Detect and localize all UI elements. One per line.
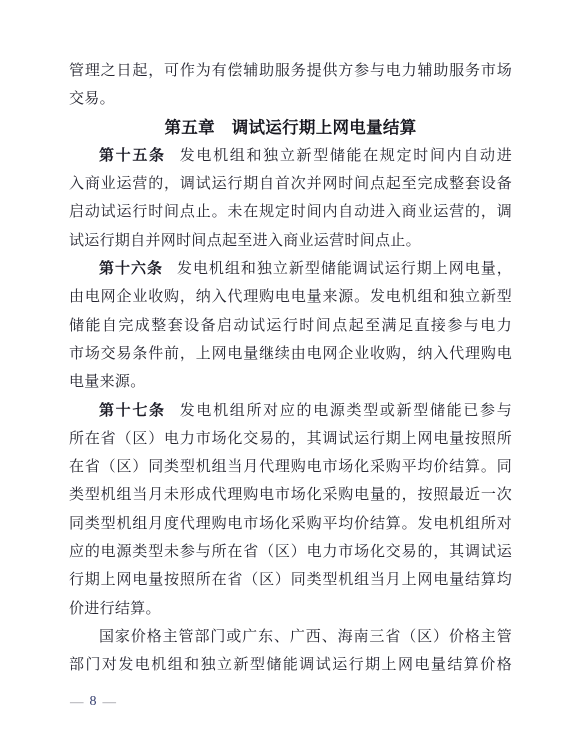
text-line: 试运行期自并网时间点起至进入商业运营时间点止。: [69, 227, 512, 255]
text-line: 市场交易条件前，上网电量继续由电网企业收购，纳入代理购电: [69, 340, 512, 368]
text-line: 同类型机组月度代理购电市场化采购平均价结算。发电机组所对: [69, 510, 512, 538]
document-page: 管理之日起，可作为有偿辅助服务提供方参与电力辅助服务市场交易。第五章 调试运行期…: [0, 0, 579, 756]
text-line: 由电网企业收购，纳入代理购电电量来源。发电机组和独立新型: [69, 283, 512, 311]
text-line: 部门对发电机组和独立新型储能调试运行期上网电量结算价格: [69, 651, 512, 679]
chapter-heading: 第五章 调试运行期上网电量结算: [69, 114, 512, 142]
article-number-label: 第十七条: [99, 403, 166, 419]
article-first-line: 第十五条发电机组和独立新型储能在规定时间内自动进: [69, 142, 512, 170]
text-line: 行期上网电量按照所在省（区）同类型机组当月上网电量结算均: [69, 566, 512, 594]
footer-dash-right: —: [103, 693, 117, 711]
article-text: 发电机组和独立新型储能调试运行期上网电量，: [177, 261, 512, 277]
text-line: 国家价格主管部门或广东、广西、海南三省（区）价格主管: [69, 623, 512, 651]
text-line: 交易。: [69, 85, 512, 113]
document-body: 管理之日起，可作为有偿辅助服务提供方参与电力辅助服务市场交易。第五章 调试运行期…: [69, 57, 512, 680]
text-line: 入商业运营的，调试运行期自首次并网时间点起至完成整套设备: [69, 170, 512, 198]
text-line: 储能自完成整套设备启动试运行时间点起至满足直接参与电力: [69, 312, 512, 340]
text-line: 价进行结算。: [69, 595, 512, 623]
page-footer: — 8 —: [70, 693, 116, 711]
text-line: 所在省（区）电力市场化交易的，其调试运行期上网电量按照所: [69, 425, 512, 453]
text-line: 电量来源。: [69, 368, 512, 396]
page-number: 8: [90, 693, 97, 711]
article-first-line: 第十六条发电机组和独立新型储能调试运行期上网电量，: [69, 255, 512, 283]
text-line: 管理之日起，可作为有偿辅助服务提供方参与电力辅助服务市场: [69, 57, 512, 85]
article-text: 发电机组和独立新型储能在规定时间内自动进: [180, 148, 512, 164]
article-number-label: 第十六条: [99, 261, 163, 277]
article-first-line: 第十七条发电机组所对应的电源类型或新型储能已参与: [69, 397, 512, 425]
article-number-label: 第十五条: [99, 148, 166, 164]
text-line: 类型机组当月未形成代理购电市场化采购电量的，按照最近一次: [69, 481, 512, 509]
text-line: 启动试运行时间点止。未在规定时间内自动进入商业运营的，调: [69, 198, 512, 226]
text-line: 在省（区）同类型机组当月代理购电市场化采购平均价结算。同: [69, 453, 512, 481]
footer-dash-left: —: [70, 693, 84, 711]
article-text: 发电机组所对应的电源类型或新型储能已参与: [180, 403, 512, 419]
text-line: 应的电源类型未参与所在省（区）电力市场化交易的，其调试运: [69, 538, 512, 566]
